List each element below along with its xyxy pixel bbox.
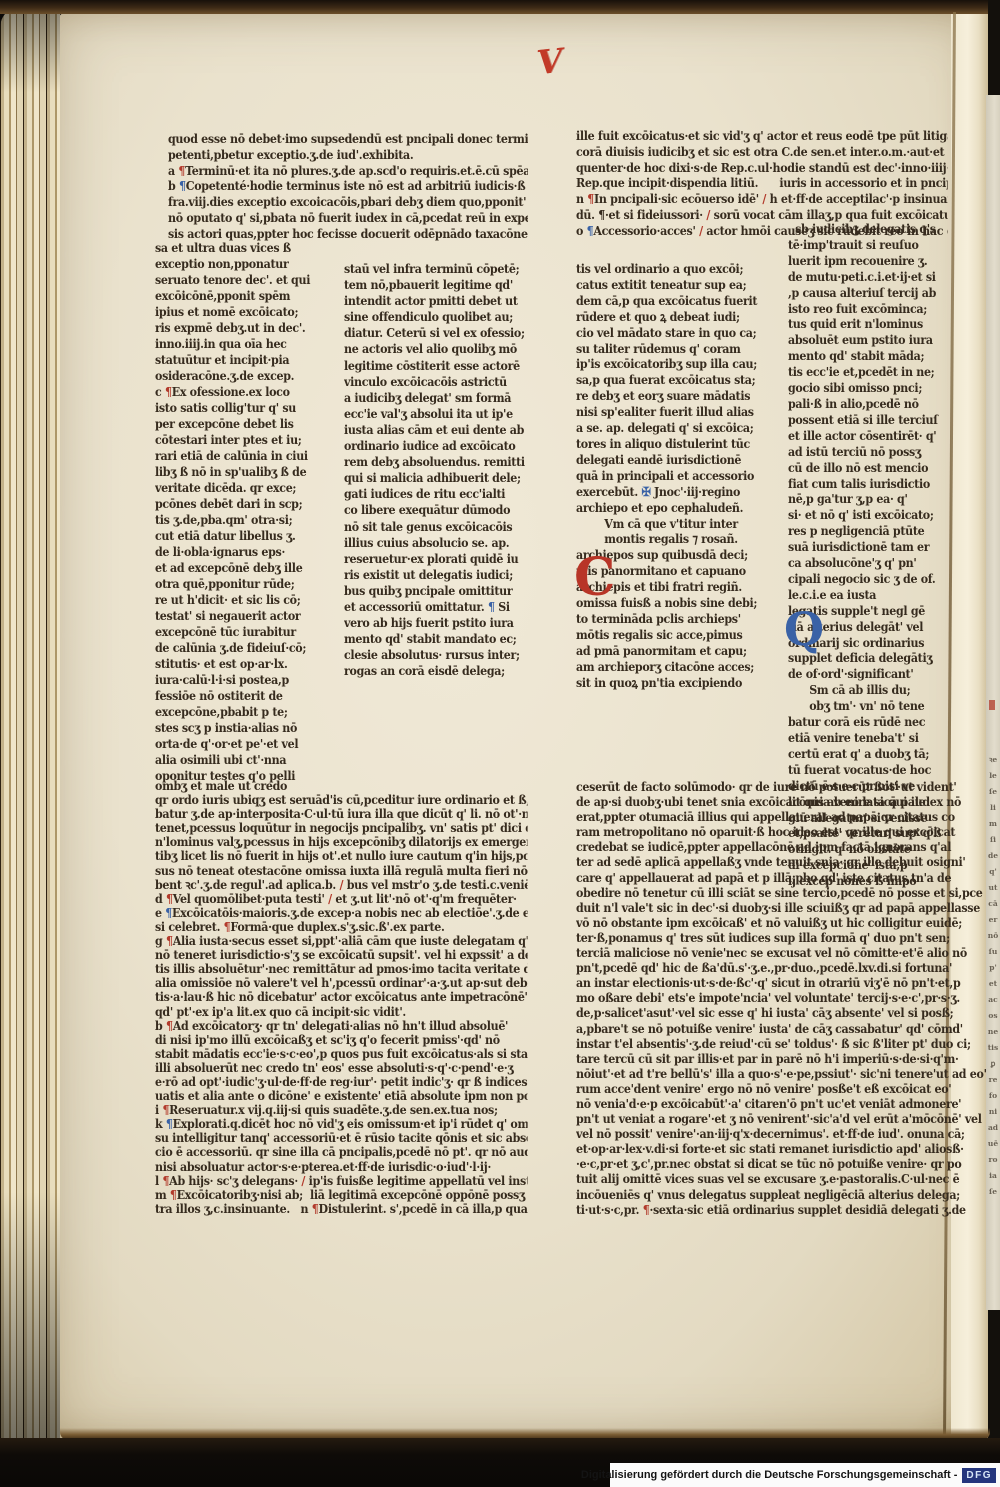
text-line: de of·ord'·significant': [788, 666, 946, 682]
text-line: pn't,pcedē qd' hic de ßa'dū.s'·ʒ.e.,pr·d…: [576, 960, 993, 975]
text-line: Rep.que incipit·dispendia litiū. iuris i…: [576, 175, 948, 191]
text-line: ·e·c,pr·et ʒ,c',pr.nec obstat si dicat s…: [576, 1156, 993, 1171]
text-line: tibʒ licet lis nō fuerit in hijs ot'.et …: [155, 849, 528, 863]
text-line: et accessoriū omittatur. ¶ Si: [344, 599, 527, 615]
text-line: et ad excepcōnē debʒ ille: [155, 560, 331, 576]
text-line: ne actoris vel alio quolibʒ mō: [344, 341, 527, 357]
text-line: mento qd' stabit māda;: [788, 348, 946, 364]
text-line: to termināda pclis archieps': [576, 611, 785, 627]
text-line: ram metropolitano nō oparuit·ß hoc ideo …: [576, 824, 993, 839]
text-line: diatur. Ceterū si vel ex ofessio;: [344, 325, 527, 341]
text-line: otra quē,pponitur rūde;: [155, 576, 331, 592]
text-line: alia omissiōe nō valere't vel h',pcessū …: [155, 976, 528, 990]
text-segment: k: [155, 1117, 166, 1131]
blue-initial-q: Q: [784, 606, 824, 652]
text-line: tem nō,pbauerit legitime qd': [344, 277, 527, 293]
text-segment: sorū vocat cām illaʒ,p qua fuit excōicat…: [714, 207, 948, 222]
text-line: er: [986, 912, 1000, 928]
text-line: re debʒ et eorʒ suare mādatis: [576, 388, 785, 404]
text-line: ter·ß,ponamus q' tres sūt iudices sup il…: [576, 930, 993, 945]
text-segment: Reseruatur.x vij.q.iij·si quis suadēte.ʒ…: [169, 1103, 498, 1117]
text-line: erat,ppter otumaciā illius qui appellaue…: [576, 809, 993, 824]
text-segment: Jnoc'·iij·regino: [654, 484, 740, 499]
text-line: g ¶Alia iusta·secus esset si,ppt'·aliā c…: [155, 934, 528, 948]
text-line: ſe: [986, 784, 1000, 800]
text-line: am archieporʒ citacōne acces;: [576, 659, 785, 675]
rubric-mark: ¶: [312, 1202, 319, 1216]
text-line: possent etiā si ille terciuſ: [788, 412, 946, 428]
text-segment: Explorati.q.dicēt hoc nō vid'ʒ eis omiss…: [173, 1117, 528, 1131]
text-segment: Alia iusta·secus esset si,ppt'·aliā cām …: [173, 934, 528, 948]
text-line: ter ad sedē aplicā appellaßʒ vnde tenuit…: [576, 854, 993, 869]
text-line: de calūnia ʒ.de fideiuſ·cō;: [155, 640, 331, 656]
text-line: terciā maliciose nō venie'nec se excusat…: [576, 945, 993, 960]
text-line: qr ordo iuris ubiqʒ est seruād'is cū,pce…: [155, 793, 528, 807]
text-line: libʒ ß nō in sp'ualibʒ ß de: [155, 464, 331, 480]
text-line: tores in aliquo distulerint tūc: [576, 436, 785, 452]
text-line: stabit mādatis ecc'ie·s·c·eo',p quos pus…: [155, 1047, 528, 1061]
text-line: testat' si negauerit actor: [155, 608, 331, 624]
text-line: ris expmē debʒ.ut in dec'.: [155, 320, 331, 336]
text-line: sb iudicibʒ delegatis q's: [788, 221, 946, 237]
text-line: vel nō possit' venire'·an·iij·q'x·decern…: [576, 1126, 993, 1141]
text-line: a iudicibʒ delegat' sm formā: [344, 390, 527, 406]
text-line: quenter·de hoc dixi·s·de Rep.c.ul·hodie …: [576, 160, 948, 176]
text-line: d ¶Vel quomōlibet·puta testi' ∕ et ʒ.ut …: [155, 892, 528, 906]
text-line: corā diuisis iudicibʒ et sic est otra C.…: [576, 144, 948, 160]
text-line: nōiut'·et ad t're bellū's' illa a quo·s'…: [576, 1066, 993, 1081]
text-line: an instar electionis·ut·s·de·ßc'·q' sicu…: [576, 975, 993, 990]
text-segment: exercebūt.: [576, 484, 638, 499]
text-line: incōueniēs q' vnus delegatus suppleat ne…: [576, 1187, 993, 1202]
text-line: et ille actor cōsentirēt· q': [788, 428, 946, 444]
text-line: fiat cum talis iurisdictio: [788, 476, 946, 492]
text-line: tis vel ordinario a quo excōi;: [576, 261, 785, 277]
text-line: tenet,pcessus loquūtur in negocijs pncip…: [155, 821, 528, 835]
text-line: delegati eandē iurisdictionē: [576, 452, 785, 468]
text-line: le: [986, 768, 1000, 784]
text-line: iura·calū·l·i·si postea,p: [155, 672, 331, 688]
text-line: sa,p qua fuerat excōicatus sta;: [576, 372, 785, 388]
text-line: ꝛe: [986, 752, 1000, 768]
text-line: e ¶Excōicatōis·maioris.ʒ.de excep·a nobi…: [155, 906, 528, 920]
rubric-mark: ¶: [162, 1103, 169, 1117]
text-line: gati iudices de ritu ecc'ialti: [344, 486, 527, 502]
text-line: vero ab hijs fuerit pstito iura: [344, 615, 527, 631]
rubric-mark: ∕: [298, 1174, 309, 1188]
rubric-mark: ¶: [166, 934, 173, 948]
text-line: sus nō teneat otestacōne omissa iuxta il…: [155, 864, 528, 878]
text-segment: Excōicatōis·maioris.ʒ.de excep·a nobis n…: [172, 906, 528, 920]
text-line: ris existit ut delegatis iudici;: [344, 567, 527, 583]
text-segment: tra illos ʒ,c.insinuante. n: [155, 1202, 312, 1216]
text-segment: b: [155, 1019, 166, 1033]
rubric-mark: ¶: [166, 892, 173, 906]
text-line: a,pbare't se nō potuiße venire' iusta' d…: [576, 1021, 993, 1036]
text-line: i ¶Reseruatur.x vij.q.iij·si quis suadēt…: [155, 1103, 528, 1117]
text-line: et·op·ar·lex·v.di·si forte·et sic stati …: [576, 1141, 993, 1156]
text-line: co libere exequātur dūmodo: [344, 502, 527, 518]
dfg-logo: DFG: [962, 1468, 996, 1483]
text-line: sine offendiculo quolibet au;: [344, 309, 527, 325]
text-line: dem cā,p qua excōicatus fuerit: [576, 293, 785, 309]
text-segment: et ʒ.ut lit'·nō ot'·q'm frequēter·: [335, 892, 516, 906]
text-line: os: [986, 1008, 1000, 1024]
text-line: seruato tenore dec'. et qui: [155, 272, 331, 288]
text-line: instar t'el absentis'·ʒ.de reiud'·cū se'…: [576, 1036, 993, 1051]
text-line: a se. ap. delegati q' si excōica;: [576, 420, 785, 436]
text-line: ro: [986, 1152, 1000, 1168]
text-line: quod esse nō debet·imo supsedendū est pn…: [168, 131, 528, 147]
text-line: re: [986, 1072, 1000, 1088]
text-line: vinculo excōicacōis astrictū: [344, 374, 527, 390]
text-line: nisi sp'ealiter fuerit illud alias: [576, 404, 785, 420]
text-segment: n: [576, 191, 587, 206]
text-line: credebat se iudicē,ppter appellacōnē ad …: [576, 839, 993, 854]
text-line: excepcōnē tūc iurabitur: [155, 624, 331, 640]
text-column-right-c: tis vel ordinario a quo excōi;catus exti…: [576, 261, 785, 745]
text-line: iusta alias cām et eui dente ab: [344, 422, 527, 438]
text-line: ſi: [986, 832, 1000, 848]
text-line: pcōnes debēt dari in scp;: [155, 496, 331, 512]
text-line: tuit alij omittē vices suas vel se excus…: [576, 1171, 993, 1186]
text-line: ceserūt de facto solūmodo· qr de iure nō…: [576, 779, 993, 794]
rubric-mark: ¶: [484, 599, 498, 614]
text-line: b ¶Copetenté·hodie terminus iste nō est …: [168, 178, 528, 194]
rubric-mark: ∕: [336, 878, 347, 892]
text-line: cio ē accessoriū. qr sine illa cā pncipa…: [155, 1145, 528, 1159]
rubric-mark: ∕: [325, 892, 336, 906]
text-line: uē: [986, 1136, 1000, 1152]
text-line: suā iurisdictionē tam er: [788, 539, 946, 555]
text-line: de li·obla·ignarus eps·: [155, 544, 331, 560]
text-line: c ¶Ex ofessione.ex loco: [155, 384, 331, 400]
text-line: legitime cōstiterit esse actorē: [344, 358, 527, 374]
text-line: tis·a·lau·ß hic nō dicebatur' actor excō…: [155, 990, 528, 1004]
text-line: ne: [986, 1024, 1000, 1040]
text-line: ombʒ et male ut credo: [155, 779, 528, 793]
text-line: intendit actor pmitti debet ut: [344, 293, 527, 309]
text-line: illi absoluerūt nec credo tn' eos' esse …: [155, 1061, 528, 1075]
text-line: Vm cā que v'titur inter: [576, 516, 785, 532]
text-line: mōtis regalis sic acce,pimus: [576, 627, 785, 643]
text-segment: o: [576, 223, 587, 238]
text-line: qd' pt'·ex ip'a lit.ex quo cā incipit·si…: [155, 1005, 528, 1019]
credit-text: Digitalisierung gefördert durch die Deut…: [581, 1469, 958, 1481]
text-line: ipius et nomē excōicato;: [155, 304, 331, 320]
text-line: fo: [986, 1088, 1000, 1104]
text-segment: Formā·que duplex.s'ʒ.sic.ß'.ex parte.: [230, 920, 444, 934]
text-line: tis ʒ.de,pba.qm' otra·si;: [155, 512, 331, 528]
text-line: nisi absoluatur actor·s·e·pterea.et·ff·d…: [155, 1160, 528, 1174]
text-line: veritate dicēda. qr exce;: [155, 480, 331, 496]
text-segment: ·sexta·sic etiā ordinarius supplet desid…: [649, 1202, 965, 1217]
text-line: staū vel infra terminū cōpetē;: [344, 261, 527, 277]
text-line: nō teneret iurisdictio·s'ʒ se excōicatū …: [155, 948, 528, 962]
text-line: pn't ut veniat a rogare'·et ʒ nō veniren…: [576, 1111, 993, 1126]
text-line: Sm cā ab illis du;: [788, 682, 946, 698]
text-segment: Accessorio·acces': [593, 223, 695, 238]
text-line: tra illos ʒ,c.insinuante. n ¶Distulerint…: [155, 1202, 528, 1216]
text-line: fessiōe nō ostiterit de: [155, 688, 331, 704]
text-line: li: [986, 800, 1000, 816]
rubric-mark: ¶: [165, 906, 172, 920]
text-line: stitutis· et est op·ar·lx.: [155, 656, 331, 672]
text-line: ad istū terciū nō possʒ: [788, 444, 946, 460]
text-line: montis regalis ⁊ rosañ.: [576, 531, 785, 547]
text-segment: Si: [498, 599, 510, 614]
text-line: quā in principali et accessorio: [576, 468, 785, 484]
text-line: de ap·si duobʒ·ubi tenet snia excōicacōn…: [576, 794, 993, 809]
text-line: clesie absolutus· rursus inter;: [344, 647, 527, 663]
text-line: rūdere et quo ꝝ debeat iudi;: [576, 309, 785, 325]
text-line: res p negligenciā ptūte: [788, 523, 946, 539]
text-line: ia: [986, 1168, 1000, 1184]
text-line: exceptio non,pponatur: [155, 256, 331, 272]
text-line: per excepcōne debet lis: [155, 416, 331, 432]
text-line: su taliter rūdemus q' coram: [576, 341, 785, 357]
text-line: ni: [986, 1104, 1000, 1120]
rubric-mark: ¶: [224, 920, 231, 934]
text-line: cū de illo nō est mencio: [788, 460, 946, 476]
text-segment: In pncipali·sic ecōuerso idē': [594, 191, 759, 206]
text-column-left-a: sa et ultra duas vices ßexceptio non,ppo…: [155, 240, 331, 786]
text-line: alia osimili ubi ct'·nna: [155, 752, 331, 768]
text-line: rari etiā de calūnia in ciui: [155, 448, 331, 464]
text-line: ut: [986, 880, 1000, 896]
text-line: stes scʒ p instia·alias nō: [155, 720, 331, 736]
book-top-edge: [0, 0, 1000, 14]
text-line: de,p·salicet'asut'·vel sic esse q' hi iu…: [576, 1005, 993, 1020]
rubric-mark: ¶: [179, 178, 186, 193]
text-line: tis illis absoluētur'·nec remittātur ad …: [155, 962, 528, 976]
text-line: cā: [986, 896, 1000, 912]
text-line: reseruetur·ex plorati quidē iu: [344, 551, 527, 567]
text-line: ordinario iudice ad excōicato: [344, 438, 527, 454]
text-segment: Terminū·et ita nō plures.ʒ.de ap.scd'o r…: [185, 163, 528, 178]
text-line: sa et ultra duas vices ß: [155, 240, 331, 256]
text-line: nō sit tale genus excōicacōis: [344, 519, 527, 535]
text-line: rum acce'dent venire' ergo nō nō venire'…: [576, 1081, 993, 1096]
text-line: mo oßare debi' ets'e impote'ncia' vel vo…: [576, 990, 993, 1005]
text-line: obedire nō tenetur cū illi sciāt se sine…: [576, 885, 993, 900]
text-line: illius cuius absolucio se. ap.: [344, 535, 527, 551]
text-block-bottom-left: ombʒ et male ut credoqr ordo iuris ubiqʒ…: [155, 779, 528, 1217]
rubric-mark: ¶: [165, 384, 172, 399]
text-line: cōtestari inter ptes et iu;: [155, 432, 331, 448]
text-line: si celebret. ¶Formā·que duplex.s'ʒ.sic.ß…: [155, 920, 528, 934]
text-line: de: [986, 848, 1000, 864]
text-line: obʒ tm'· vn' nō tene: [788, 698, 946, 714]
text-line: di nisi ip'mo illū excōicaßʒ et sc'iʒ q'…: [155, 1033, 528, 1047]
facing-page-red-fragment: [989, 700, 995, 710]
rubric-mark: ∕: [703, 207, 714, 222]
text-line: ca absolucōne'ʒ q' pn': [788, 555, 946, 571]
text-segment: et accessoriū omittatur.: [344, 599, 484, 614]
text-line: ac: [986, 992, 1000, 1008]
text-segment: Excōicatoribʒ·nisi ab; liā legitimā exce…: [177, 1188, 528, 1202]
text-line: qui si malicia adhibuerit dele;: [344, 470, 527, 486]
text-line: ,p causa alteriuſ tercij ab: [788, 285, 946, 301]
text-line: re ut h'dicit· et sic lis cō;: [155, 592, 331, 608]
text-line: tis ecc'ie et,pcedēt in ne;: [788, 364, 946, 380]
text-line: gocio sibi omisso pnci;: [788, 380, 946, 396]
text-line: b ¶Ad excōicatorʒ· qr tn' delegati·alias…: [155, 1019, 528, 1033]
red-initial-c: C: [574, 552, 615, 604]
text-line: exercebūt. ✠ Jnoc'·iij·regino: [576, 484, 785, 500]
text-segment: dū. ¶·et si fideiussori·: [576, 207, 703, 222]
text-line: pali·ß in alio,pcedē nō: [788, 396, 946, 412]
book-fore-edge-pages: [0, 6, 60, 1452]
text-line: mento qd' stabit mandato ec;: [344, 631, 527, 647]
text-line: e·rō ad opt'·iudic'ʒ·ul·de·ff·de reg·iur…: [155, 1075, 528, 1089]
text-block-top-left-full: quod esse nō debet·imo supsedendū est pn…: [168, 131, 528, 243]
text-line: vō nō obstante ipm excōicaß' et nō valui…: [576, 915, 993, 930]
text-line: excepcōne,pbabit p te;: [155, 704, 331, 720]
text-segment: ti·ut·s·c,pr.: [576, 1202, 643, 1217]
text-line: nō: [986, 928, 1000, 944]
text-segment: Copetenté·hodie terminus iste nō est ad …: [186, 178, 528, 193]
text-line: ip'is excōicatoribʒ sup illa cau;: [576, 356, 785, 372]
text-line: absoluēt eum pstito iura: [788, 332, 946, 348]
rubric-mark: ¶: [643, 1202, 650, 1217]
text-line: bus quibʒ pncipale omittitur: [344, 583, 527, 599]
text-line: si· et nō q' isti excōicato;: [788, 507, 946, 523]
text-line: cut etiā datur libellus ʒ.: [155, 528, 331, 544]
text-line: rem debʒ absoluendus. remitti: [344, 454, 527, 470]
text-line: l ¶Ab hijs· sc'ʒ delegans· ∕ ip'is fuisß…: [155, 1174, 528, 1188]
text-line: de mutu·peti.c.i.et·ij·et si: [788, 269, 946, 285]
text-segment: si celebret.: [155, 920, 224, 934]
text-line: cio vel mādato stare in quo ca;: [576, 325, 785, 341]
text-line: n'lominus valʒ,pcessus in hijs excepcōni…: [155, 835, 528, 849]
text-line: m ¶Excōicatoribʒ·nisi ab; liā legitimā e…: [155, 1188, 528, 1202]
rubric-mark: ∕: [696, 223, 707, 238]
rubric-mark: ✠: [638, 484, 654, 499]
text-segment: Ad excōicatorʒ· qr tn' delegati·alias nō…: [173, 1019, 508, 1033]
text-line: nō venia'd·e·p excōicabūt'·a' citaren'ō …: [576, 1096, 993, 1111]
text-line: catus extitit teneatur sup ea;: [576, 277, 785, 293]
text-block-bottom-right: ceserūt de facto solūmodo· qr de iure nō…: [576, 779, 993, 1217]
rubric-mark: ¶: [166, 1117, 173, 1131]
text-line: uatis et alia ante o dicōne' e existente…: [155, 1089, 528, 1103]
text-line: tū fuerat vocatus·de hoc: [788, 762, 946, 778]
text-segment: bus vel mstr'o ʒ.de testi.c.veniēſ: [347, 878, 528, 892]
text-line: nē,p ga'tur ʒ,p ea· q': [788, 491, 946, 507]
text-line: etiā venire teneba't' si: [788, 730, 946, 746]
text-line: tis: [986, 1040, 1000, 1056]
text-line: orta·de q'·or·et pe'·et vel: [155, 736, 331, 752]
text-line: et: [986, 976, 1000, 992]
text-line: nō oputato q' si,pbata nō fuerit iudex i…: [168, 210, 528, 226]
text-line: fra.viij.dies exceptio excoicacōis,pbari…: [168, 194, 528, 210]
text-line: ad pmā panormitam et capu;: [576, 643, 785, 659]
text-segment: bent ꝛc'.ʒ.de regul'.ad aplica.b.: [155, 878, 336, 892]
text-line: a ¶Terminū·et ita nō plures.ʒ.de ap.scd'…: [168, 163, 528, 179]
text-line: q': [986, 864, 1000, 880]
text-segment: b: [168, 178, 179, 193]
text-line: luerit ipm recouenire ʒ.: [788, 253, 946, 269]
text-line: ſu: [986, 944, 1000, 960]
text-line: rogas an corā eisdē delega;: [344, 663, 527, 679]
text-line: isto satis collig'tur q' su: [155, 400, 331, 416]
text-segment: c: [155, 384, 165, 399]
text-line: ecc'ie val'ʒ absolui ita ut ip'e: [344, 406, 527, 422]
text-line: tē·imp'trauit si reuſuo: [788, 237, 946, 253]
text-line: statuūtur et incipit·pia: [155, 352, 331, 368]
text-line: ſe: [986, 1184, 1000, 1200]
text-line: bent ꝛc'.ʒ.de regul'.ad aplica.b. ∕ bus …: [155, 878, 528, 892]
rubric-mark: ∕: [759, 191, 770, 206]
text-line: le.c.i.e ea iusta: [788, 587, 946, 603]
text-line: batur ʒ.de ap·interposita·C·ul·tū iura i…: [155, 807, 528, 821]
folio-number: V: [535, 41, 565, 82]
text-segment: m: [155, 1188, 170, 1202]
page-right-curl: [951, 14, 988, 1434]
text-line: isto reo fuit excōminca;: [788, 301, 946, 317]
text-segment: h et·ff·de acceptilac'·p insinuan;: [770, 191, 948, 206]
text-line: ꝑ: [986, 1056, 1000, 1072]
text-line: k ¶Explorati.q.dicēt hoc nō vid'ʒ eis om…: [155, 1117, 528, 1131]
credit-bar: Digitalisierung gefördert durch die Deut…: [610, 1463, 1000, 1487]
text-line: cipali negocio sic ʒ de of.: [788, 571, 946, 587]
text-segment: Ab hijs· sc'ʒ delegans·: [169, 1174, 298, 1188]
text-line: certū erat q' a duobʒ tā;: [788, 746, 946, 762]
text-segment: d: [155, 892, 166, 906]
text-line: duit n'l vale't sic in dec'·si duobʒ·si …: [576, 900, 993, 915]
rubric-mark: ¶: [166, 1019, 173, 1033]
rubric-mark: ¶: [162, 1174, 169, 1188]
text-line: m: [986, 816, 1000, 832]
text-segment: Ex ofessione.ex loco: [172, 384, 290, 399]
text-line: ad: [986, 1120, 1000, 1136]
text-line: inno.iiij.in qua oīa hec: [155, 336, 331, 352]
text-line: ille fuit excōicatus·et sic vid'ʒ q' act…: [576, 128, 948, 144]
text-line: tare tercū cū sit par illis·et par in pa…: [576, 1051, 993, 1066]
text-line: care q' appellauerat ad papā et p illā,p…: [576, 870, 993, 885]
text-column-left-b: staū vel infra terminū cōpetē;tem nō,pba…: [344, 261, 527, 739]
text-line: ti·ut·s·c,pr. ¶·sexta·sic etiā ordinariu…: [576, 1202, 993, 1217]
facing-page-text-fragments: ꝛeleſelimſideq'utcāernōſup'etacosnetisꝑr…: [986, 752, 1000, 1208]
text-segment: e: [155, 906, 165, 920]
text-line: su intelligitur tanq' accessoriū·et ē rū…: [155, 1131, 528, 1145]
book-scan-photo: { "page": { "folio_number": "V" }, "cred…: [0, 0, 1000, 1487]
text-line: sit in quoꝝ pn'tia excipiendo: [576, 675, 785, 691]
text-segment: ip'is fuisße legitime appellatū vel inst…: [309, 1174, 528, 1188]
text-line: tus quid erit n'lominus: [788, 316, 946, 332]
text-line: excōicōnē,pponit spēm: [155, 288, 331, 304]
text-line: p': [986, 960, 1000, 976]
text-line: archiepo et epo cephaludeñ.: [576, 500, 785, 516]
text-line: n ¶In pncipali·sic ecōuerso idē' ∕ h et·…: [576, 191, 948, 207]
text-line: osideracōne.ʒ.de excep.: [155, 368, 331, 384]
text-segment: Distulerint. s',pcedē in cā illa,p qua: [319, 1202, 528, 1216]
text-segment: Vel quomōlibet·puta testi': [173, 892, 325, 906]
text-segment: g: [155, 934, 166, 948]
text-line: petenti,pbetur exceptio.ʒ.de iud'.exhibi…: [168, 147, 528, 163]
text-segment: a: [168, 163, 178, 178]
text-line: batur corā eis rūdē nec: [788, 714, 946, 730]
